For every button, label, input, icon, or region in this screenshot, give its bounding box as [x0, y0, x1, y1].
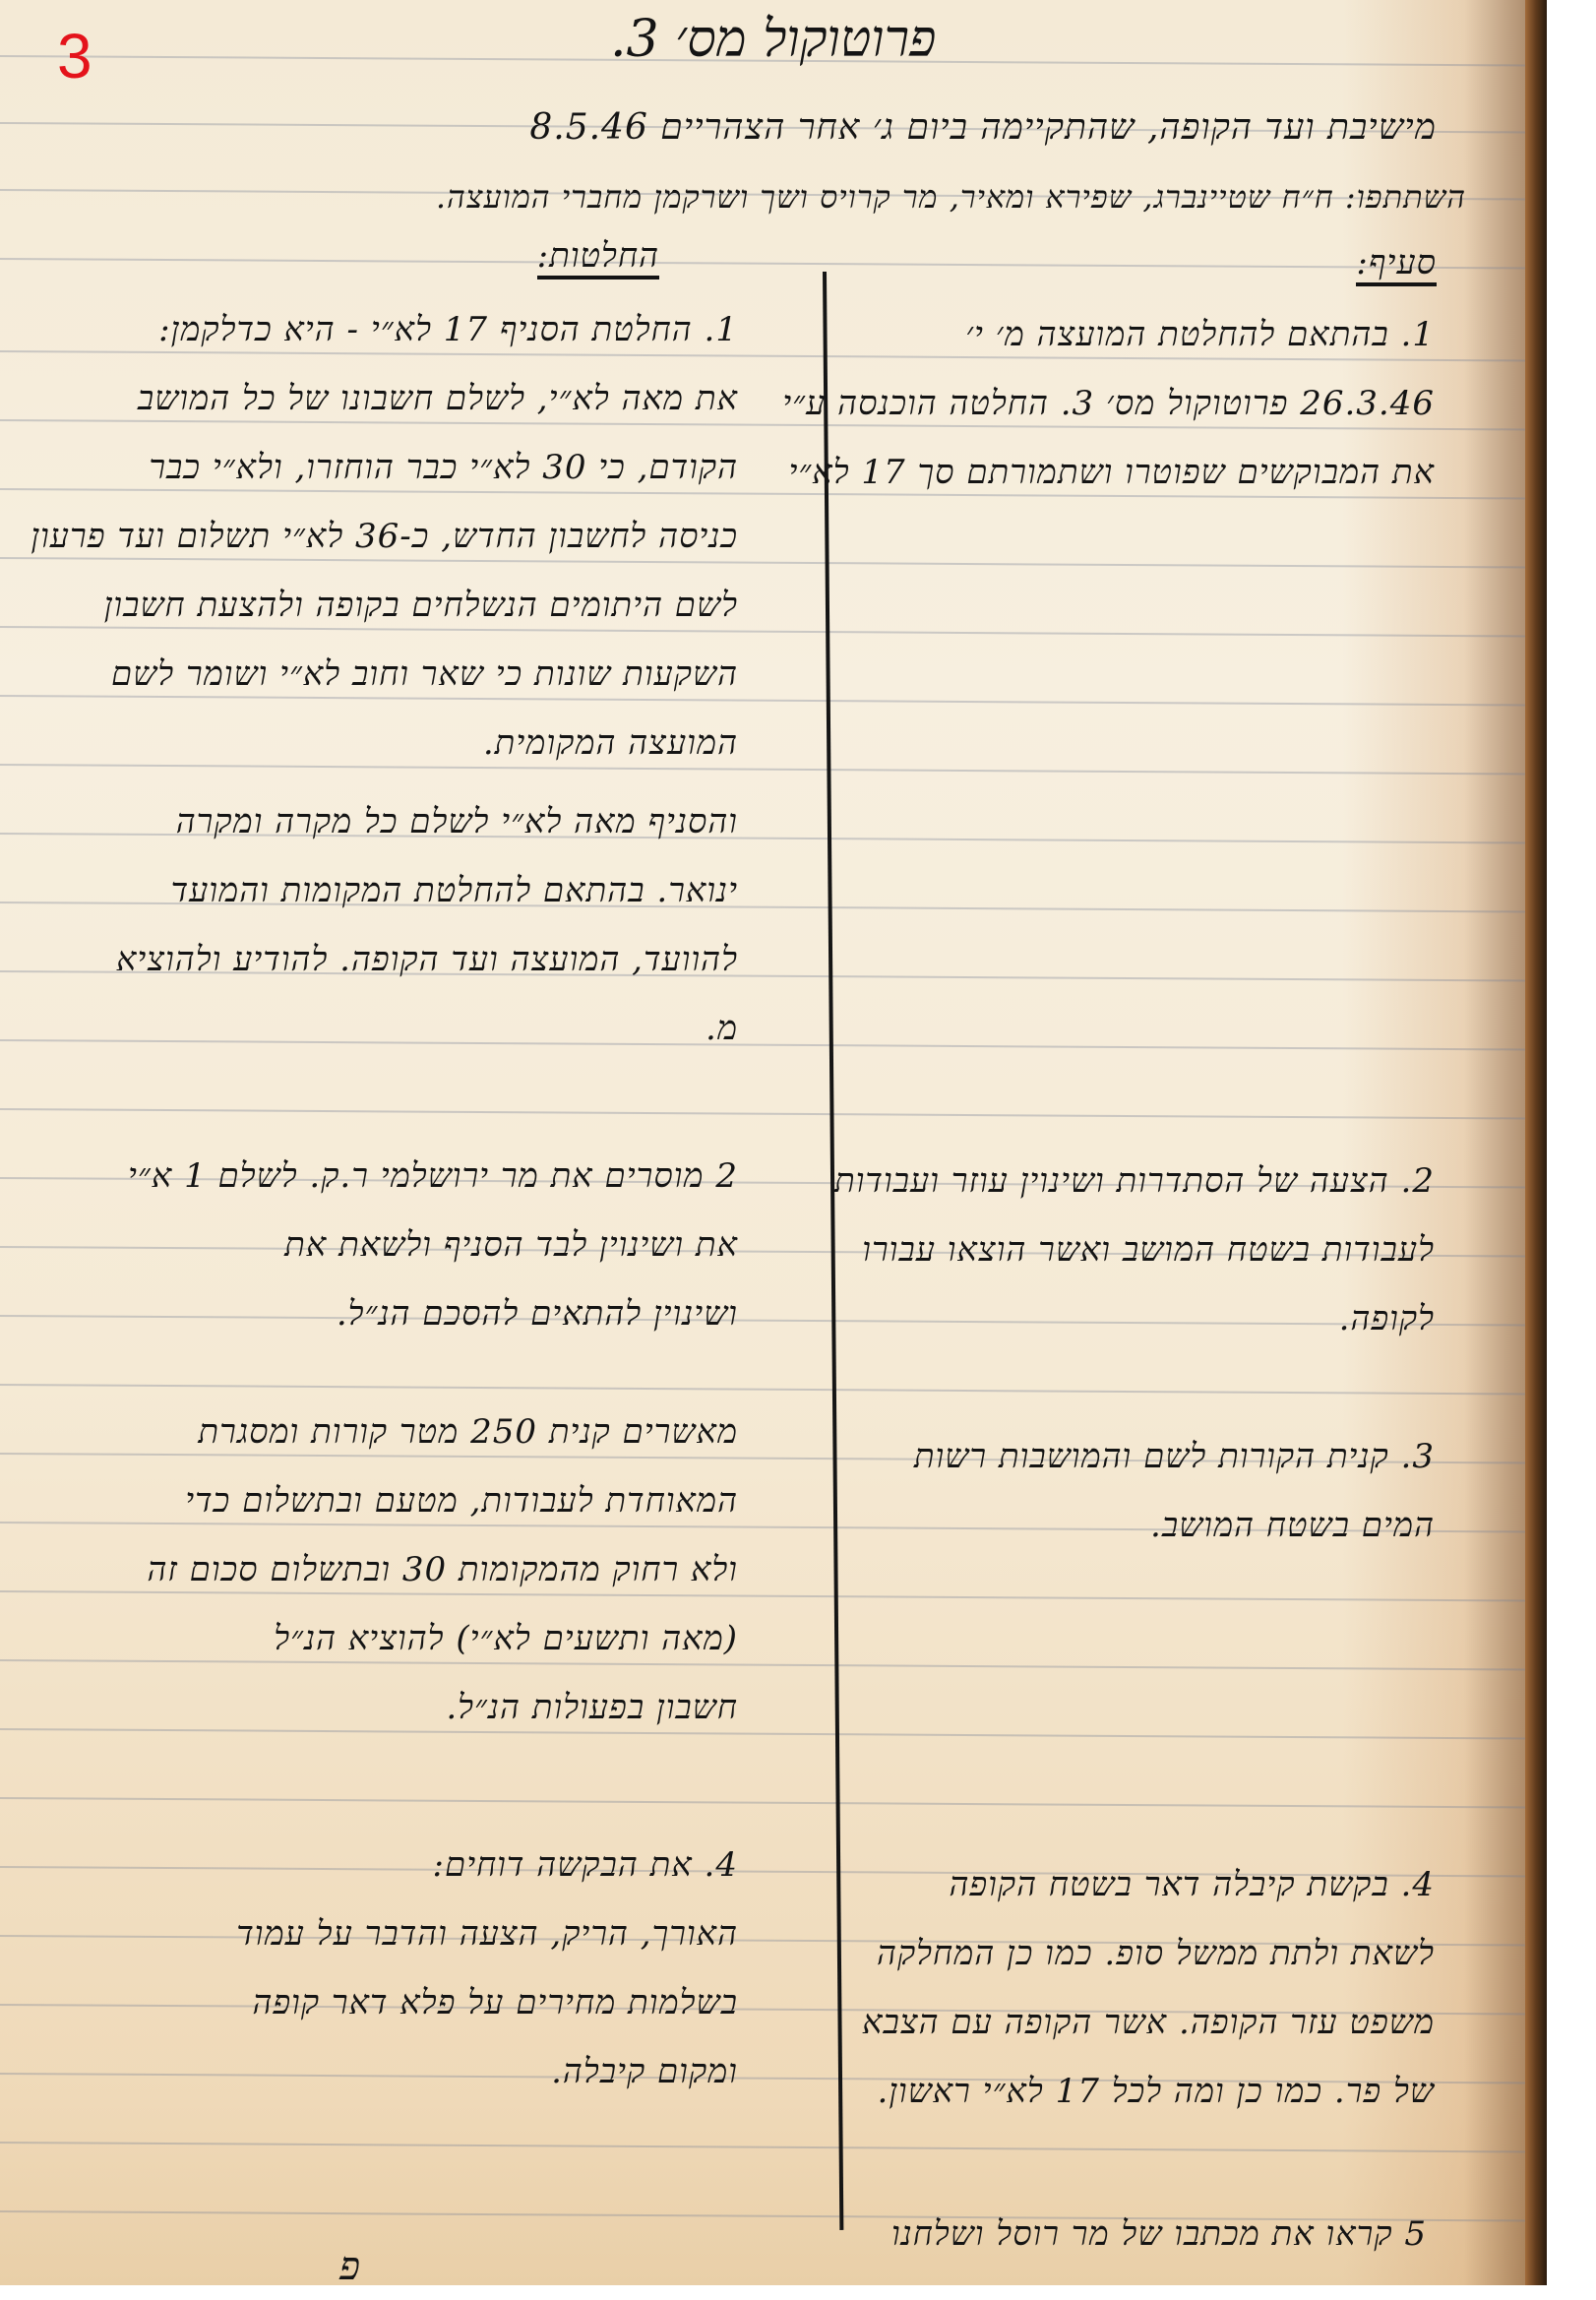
agenda-item-number: 3. — [1401, 1437, 1435, 1476]
decision-1-continued: והסניף מאה לא״י לשלם כל מקרה ומקרה ינואר… — [0, 787, 738, 1063]
column-heading-items-text: סעיף: — [1356, 243, 1437, 286]
decision-line: להוועד, המועצה ועד הקופה. להודיע ולהוציא — [0, 925, 738, 994]
agenda-line: לעבודות בשטח המושב ואשר הוצאו עבורו — [726, 1215, 1435, 1284]
agenda-line: הצעה של הסתדרות ושינוין עוזר ועבודות — [834, 1161, 1389, 1201]
agenda-item-5: 5 קראו את מכתבו של מר רוסל ושלחנו — [891, 2200, 1427, 2269]
agenda-item-number: 1. — [1401, 315, 1435, 354]
ruled-line — [0, 1108, 1525, 1119]
decision-line: ומקום קיבלה. — [0, 2037, 738, 2106]
decision-line: את הבקשה דוחים: — [433, 1845, 693, 1885]
agenda-item-2: 2. הצעה של הסתדרות ושינוין עוזר ועבודות … — [726, 1147, 1435, 1353]
decision-line: לשם היתומים הנשלחים בקופה ולהצעת חשבון — [0, 571, 738, 640]
agenda-line: את המבוקשים שפוטרו ושתמורתם סך 17 לא״י — [726, 438, 1435, 507]
ruled-line — [0, 1797, 1525, 1808]
page-title: פרוטוקול מס׳ 3. — [610, 10, 936, 69]
agenda-line: לשאת ולתת ממשל סופ. כמו כן המחלקה — [726, 1919, 1435, 1988]
agenda-item-4: 4. בקשת קיבלה דאר בשטח הקופה לשאת ולתת מ… — [726, 1850, 1435, 2126]
bottom-mark: פ — [339, 2232, 361, 2300]
ruled-line — [0, 1384, 1525, 1395]
decision-line: כניסה לחשבון החדש, כ-36 לא״י תשלום ועד פ… — [0, 502, 738, 571]
agenda-line: של פר. כמו כן ומה לכל 17 לא״י ראשון. — [726, 2057, 1435, 2126]
agenda-item-number: 5 — [1404, 2214, 1427, 2254]
decision-line: ולא רחוק מהמקומות 30 ובתשלום סכום זה — [0, 1535, 738, 1604]
agenda-line: בהתאם להחלטת המועצה מ׳ י׳ — [965, 315, 1389, 354]
agenda-line: קראו את מכתבו של מר רוסל ושלחנו — [891, 2214, 1393, 2254]
decision-2: 2 מוסרים את מר ירושלמי ר.ק. לשלם 1 א״י א… — [0, 1142, 738, 1348]
decision-line: בשלמות מחירים על פלא דאר קופה — [0, 1968, 738, 2037]
ruled-line — [0, 258, 1525, 269]
agenda-line: המים בשטח המושב. — [726, 1491, 1435, 1560]
agenda-line: 26.3.46 פרוטוקול מס׳ 3. החלטה הוכנסה ע״י — [726, 369, 1435, 438]
agenda-item-number: 2. — [1401, 1161, 1435, 1201]
header-line-meeting: מישיבת ועד הקופה, שהתקיימה ביום ג׳ אחר ה… — [529, 93, 1437, 162]
decision-line: החלטת הסניף 17 לא״י - היא כדלקמן: — [158, 310, 693, 349]
decision-line: את מאה לא״י, לשלם חשבונו של כל המושב — [0, 364, 738, 433]
decision-1: 1. החלטת הסניף 17 לא״י - היא כדלקמן: את … — [0, 295, 738, 777]
agenda-item-number: 4. — [1401, 1865, 1435, 1904]
column-heading-decisions: החלטות: — [537, 221, 659, 290]
agenda-line: בקשת קיבלה דאר בשטח הקופה — [949, 1865, 1388, 1904]
decision-line: והסניף מאה לא״י לשלם כל מקרה ומקרה — [0, 787, 738, 856]
decision-number: 2 — [715, 1156, 738, 1196]
decision-line: האורך, הריק, הצעה והדבר על עמוד — [0, 1899, 738, 1968]
decision-line: השקעות שונות כי שאר וחוב לא״י ושומר לשם — [0, 640, 738, 709]
notebook-spine-shadow — [1525, 0, 1547, 2285]
decision-line: את ושינוין לבד הסניף ולשאת את — [0, 1211, 738, 1279]
notebook-page: 3 פרוטוקול מס׳ 3. מישיבת ועד הקופה, שהתק… — [0, 0, 1525, 2285]
agenda-line: משפט עזר הקופה. אשר הקופה עם הצבא — [726, 1988, 1435, 2057]
agenda-item-3: 3. קנית הקורות לשם והמושבות רשות המים בש… — [726, 1422, 1435, 1560]
ruled-line — [0, 2142, 1525, 2152]
decision-4: 4. את הבקשה דוחים: האורך, הריק, הצעה והד… — [0, 1831, 738, 2106]
decision-line: הקודם, כי 30 לא״י כבר הוחזרו, ולא״י כבר — [0, 433, 738, 502]
decision-line: המועצה המקומית. — [0, 709, 738, 777]
decision-line: ינואר. בהתאם להחלטת המקומות והמועד — [0, 856, 738, 925]
decision-3: מאשרים קנית 250 מטר קורות ומסגרת המאוחדת… — [0, 1398, 738, 1742]
column-heading-items: סעיף: — [1356, 228, 1437, 297]
page-number: 3 — [57, 20, 92, 93]
agenda-item-1: 1. בהתאם להחלטת המועצה מ׳ י׳ 26.3.46 פרו… — [726, 300, 1435, 507]
column-heading-decisions-text: החלטות: — [537, 236, 659, 280]
decision-line: מ. — [0, 994, 738, 1063]
decision-number: 4. — [705, 1845, 738, 1885]
decision-line: חשבון בפעולות הנ״ל. — [0, 1673, 738, 1742]
decision-line: (מאה ותשעים לא״י) להוציא הנ״ל — [0, 1604, 738, 1673]
decision-line: ושינוין להתאים להסכם הנ״ל. — [0, 1279, 738, 1348]
agenda-line: קנית הקורות לשם והמושבות רשות — [914, 1437, 1389, 1476]
agenda-line: לקופה. — [726, 1284, 1435, 1353]
decision-line: מאשרים קנית 250 מטר קורות ומסגרת — [0, 1398, 738, 1466]
decision-line: מוסרים את מר ירושלמי ר.ק. לשלם 1 א״י — [128, 1156, 705, 1196]
decision-number: 1. — [705, 310, 738, 349]
decision-line: המאוחדת לעבודות, מטעם ובתשלום כדי — [0, 1466, 738, 1535]
